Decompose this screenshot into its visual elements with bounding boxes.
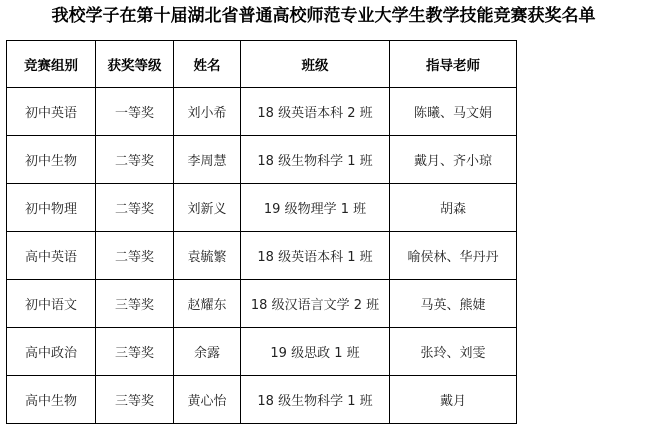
cell-award-level: 三等奖 — [96, 328, 174, 376]
cell-class: 18 级生物科学 1 班 — [241, 376, 390, 424]
cell-advisor: 陈曦、马文娟 — [390, 88, 517, 136]
cell-class: 18 级汉语言文学 2 班 — [241, 280, 390, 328]
header-competition-group: 竞赛组别 — [7, 41, 96, 88]
cell-competition-group: 初中英语 — [7, 88, 96, 136]
cell-advisor: 张玲、刘雯 — [390, 328, 517, 376]
cell-class: 18 级英语本科 2 班 — [241, 88, 390, 136]
cell-name: 余露 — [174, 328, 241, 376]
cell-competition-group: 初中生物 — [7, 136, 96, 184]
cell-name: 李周慧 — [174, 136, 241, 184]
cell-class: 19 级物理学 1 班 — [241, 184, 390, 232]
header-name: 姓名 — [174, 41, 241, 88]
table-row: 初中语文 三等奖 赵耀东 18 级汉语言文学 2 班 马英、熊婕 — [7, 280, 517, 328]
cell-award-level: 三等奖 — [96, 376, 174, 424]
cell-class: 18 级英语本科 1 班 — [241, 232, 390, 280]
cell-competition-group: 高中生物 — [7, 376, 96, 424]
header-advisor: 指导老师 — [390, 41, 517, 88]
table-row: 初中生物 二等奖 李周慧 18 级生物科学 1 班 戴月、齐小琼 — [7, 136, 517, 184]
cell-advisor: 喻侯林、华丹丹 — [390, 232, 517, 280]
header-award-level: 获奖等级 — [96, 41, 174, 88]
table-row: 高中政治 三等奖 余露 19 级思政 1 班 张玲、刘雯 — [7, 328, 517, 376]
cell-class: 18 级生物科学 1 班 — [241, 136, 390, 184]
table-row: 初中物理 二等奖 刘新义 19 级物理学 1 班 胡森 — [7, 184, 517, 232]
cell-competition-group: 初中语文 — [7, 280, 96, 328]
cell-award-level: 一等奖 — [96, 88, 174, 136]
cell-award-level: 二等奖 — [96, 232, 174, 280]
cell-competition-group: 初中物理 — [7, 184, 96, 232]
table-header-row: 竞赛组别 获奖等级 姓名 班级 指导老师 — [7, 41, 517, 88]
cell-name: 赵耀东 — [174, 280, 241, 328]
cell-name: 刘新义 — [174, 184, 241, 232]
cell-advisor: 胡森 — [390, 184, 517, 232]
table-row: 初中英语 一等奖 刘小希 18 级英语本科 2 班 陈曦、马文娟 — [7, 88, 517, 136]
cell-competition-group: 高中政治 — [7, 328, 96, 376]
cell-award-level: 二等奖 — [96, 184, 174, 232]
cell-advisor: 戴月 — [390, 376, 517, 424]
cell-name: 刘小希 — [174, 88, 241, 136]
cell-award-level: 三等奖 — [96, 280, 174, 328]
cell-advisor: 戴月、齐小琼 — [390, 136, 517, 184]
table-row: 高中英语 二等奖 袁毓繁 18 级英语本科 1 班 喻侯林、华丹丹 — [7, 232, 517, 280]
cell-competition-group: 高中英语 — [7, 232, 96, 280]
award-table: 竞赛组别 获奖等级 姓名 班级 指导老师 初中英语 一等奖 刘小希 18 级英语… — [6, 40, 517, 424]
cell-award-level: 二等奖 — [96, 136, 174, 184]
header-class: 班级 — [241, 41, 390, 88]
table-row: 高中生物 三等奖 黄心怡 18 级生物科学 1 班 戴月 — [7, 376, 517, 424]
page-title: 我校学子在第十届湖北省普通高校师范专业大学生教学技能竞赛获奖名单 — [0, 5, 647, 27]
cell-name: 袁毓繁 — [174, 232, 241, 280]
cell-name: 黄心怡 — [174, 376, 241, 424]
cell-class: 19 级思政 1 班 — [241, 328, 390, 376]
cell-advisor: 马英、熊婕 — [390, 280, 517, 328]
